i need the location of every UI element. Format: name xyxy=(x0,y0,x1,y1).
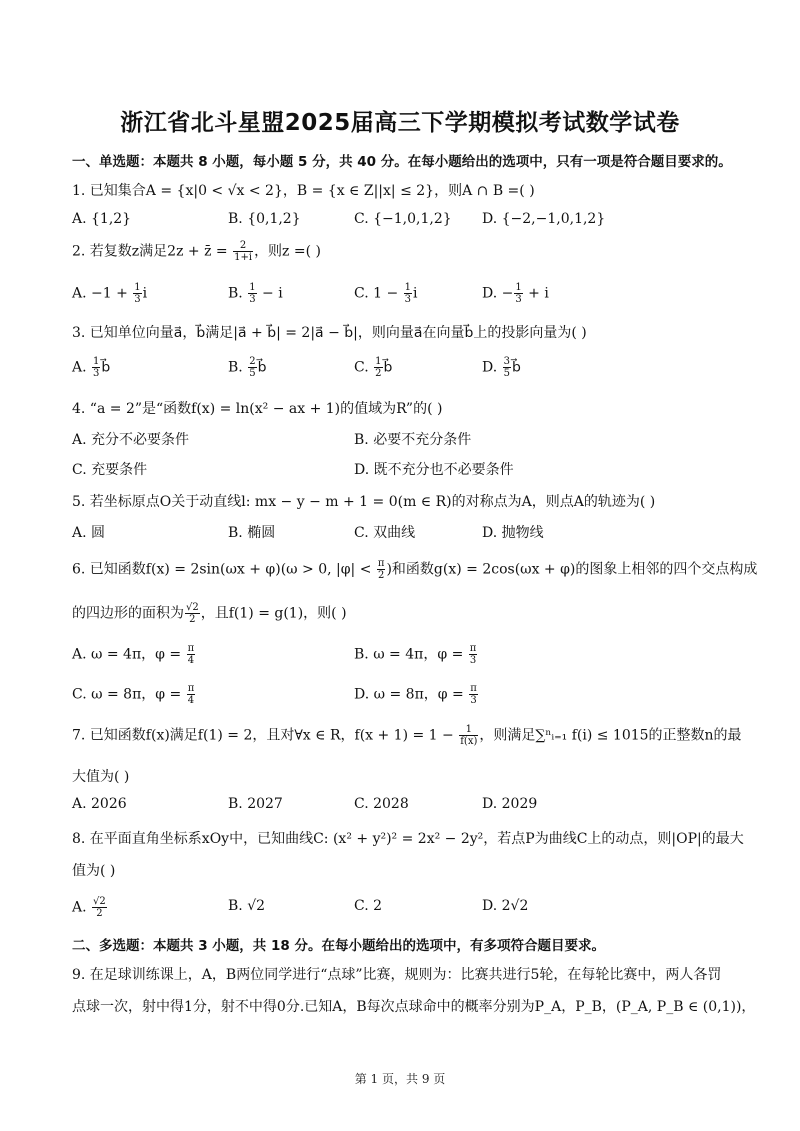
question-1-option-c: C. {−1,0,1,2} xyxy=(354,211,452,227)
fraction-numerator: 1 xyxy=(404,282,412,294)
option-text: B. xyxy=(228,286,247,302)
question-2-stem: 2. 若复数z满足2z + z̄ = 21+i，则z =( ) xyxy=(72,240,321,263)
fraction-denominator: 2 xyxy=(377,570,386,581)
question-8-option-b: B. √2 xyxy=(228,898,265,914)
fraction: 13 xyxy=(404,282,412,305)
stem-text: 7. 已知函数f(x)满足f(1) = 2，且对∀x ∈ R，f(x + 1) … xyxy=(72,728,458,744)
question-5-stem: 5. 若坐标原点O关于动直线l: mx − y − m + 1 = 0(m ∈ … xyxy=(72,491,655,511)
fraction: √22 xyxy=(185,602,200,625)
question-1-option-a: A. {1,2} xyxy=(72,211,131,227)
fraction-numerator: 2 xyxy=(233,240,253,252)
question-4-option-b: B. 必要不充分条件 xyxy=(354,429,471,449)
fraction-denominator: 3 xyxy=(469,695,478,706)
fraction-numerator: π xyxy=(187,683,196,695)
fraction-numerator: π xyxy=(469,643,478,655)
question-6-option-c: C. ω = 8π，φ = π4 xyxy=(72,683,196,706)
option-text-tail: b⃗ xyxy=(512,360,521,376)
question-8-option-d: D. 2√2 xyxy=(482,898,528,914)
question-4-option-c: C. 充要条件 xyxy=(72,459,147,479)
fraction-numerator: π xyxy=(187,643,196,655)
fraction-denominator: f(x) xyxy=(459,736,478,747)
fraction: 35 xyxy=(503,356,511,379)
question-7-stem-line-2: 大值为( ) xyxy=(72,766,129,786)
question-9-stem-line-1: 9. 在足球训练课上，A，B两位同学进行“点球”比赛，规则为：比赛共进行5轮，在… xyxy=(72,964,721,984)
stem-text-tail: )和函数g(x) = 2cos(ωx + φ)的图象上相邻的四个交点构成 xyxy=(386,562,757,578)
fraction-denominator: 2 xyxy=(92,908,107,919)
fraction-numerator: √2 xyxy=(92,896,107,908)
option-text-tail: i xyxy=(143,286,147,302)
question-6-option-a: A. ω = 4π，φ = π4 xyxy=(72,643,196,666)
question-5-option-d: D. 抛物线 xyxy=(482,522,544,542)
question-2-stem-text: 2. 若复数z满足2z + z̄ = xyxy=(72,244,232,260)
option-text-tail: + i xyxy=(524,286,549,302)
fraction-denominator: 5 xyxy=(503,368,511,379)
question-2-option-b: B. 13 − i xyxy=(228,282,283,305)
option-text: D. xyxy=(482,360,502,376)
option-text-tail: b⃗ xyxy=(258,360,267,376)
fraction: 13 xyxy=(248,282,256,305)
question-3-option-c: C. 12b⃗ xyxy=(354,356,392,379)
option-text: A. −1 + xyxy=(72,286,132,302)
option-text: A. xyxy=(72,360,91,376)
question-4-option-d: D. 既不充分也不必要条件 xyxy=(354,459,514,479)
question-3-option-a: A. 13b⃗ xyxy=(72,356,110,379)
question-5-option-c: C. 双曲线 xyxy=(354,522,415,542)
stem-text: 6. 已知函数f(x) = 2sin(ωx + φ)(ω > 0, |φ| < xyxy=(72,562,376,578)
option-text: B. xyxy=(228,360,247,376)
fraction: 13 xyxy=(133,282,141,305)
fraction-denominator: 1+i xyxy=(233,252,253,263)
question-8-option-c: C. 2 xyxy=(354,898,382,914)
fraction-numerator: 1 xyxy=(514,282,522,294)
fraction: 1f(x) xyxy=(459,724,478,747)
fraction-denominator: 3 xyxy=(133,294,141,305)
fraction: π3 xyxy=(469,643,478,666)
fraction-denominator: 3 xyxy=(469,655,478,666)
option-text: B. ω = 4π，φ = xyxy=(354,647,468,663)
option-text: C. ω = 8π，φ = xyxy=(72,687,186,703)
exam-page: 浙江省北斗星盟2025届高三下学期模拟考试数学试卷 一、单选题：本题共 8 小题… xyxy=(0,0,800,1131)
fraction-denominator: 2 xyxy=(185,614,200,625)
option-text: A. xyxy=(72,900,91,916)
question-2-option-c: C. 1 − 13i xyxy=(354,282,418,305)
question-6-option-d: D. ω = 8π，φ = π3 xyxy=(354,683,479,706)
section-heading-multiple-choice: 二、多选题：本题共 3 小题，共 18 分。在每小题给出的选项中，有多项符合题目… xyxy=(72,934,605,954)
fraction-numerator: 1 xyxy=(133,282,141,294)
fraction-numerator: √2 xyxy=(185,602,200,614)
question-7-option-d: D. 2029 xyxy=(482,796,537,812)
question-9-stem-line-2: 点球一次，射中得1分，射不中得0分.已知A，B每次点球命中的概率分别为P_A，P… xyxy=(72,996,755,1016)
fraction-numerator: 1 xyxy=(459,724,478,736)
stem-text-tail: ，且f(1) = g(1)，则( ) xyxy=(201,606,347,622)
option-text: C. 1 − xyxy=(354,286,403,302)
question-2-option-d: D. −13 + i xyxy=(482,282,549,305)
fraction: 13 xyxy=(514,282,522,305)
fraction-numerator: 2 xyxy=(248,356,256,368)
question-3-stem: 3. 已知单位向量a⃗，b⃗满足|a⃗ + b⃗| = 2|a⃗ − b⃗|，则… xyxy=(72,322,587,342)
question-7-option-b: B. 2027 xyxy=(228,796,283,812)
question-3-option-d: D. 35b⃗ xyxy=(482,356,521,379)
question-5-option-a: A. 圆 xyxy=(72,522,105,542)
question-6-stem-line-2: 的四边形的面积为√22，且f(1) = g(1)，则( ) xyxy=(72,602,347,625)
question-8-stem-line-1: 8. 在平面直角坐标系xOy中，已知曲线C: (x² + y²)² = 2x² … xyxy=(72,828,744,848)
stem-text-tail: ，则满足∑ⁿᵢ₌₁ f(i) ≤ 1015的正整数n的最 xyxy=(479,728,741,744)
question-8-option-a: A. √22 xyxy=(72,896,108,919)
fraction-denominator: 4 xyxy=(187,655,196,666)
fraction-denominator: 3 xyxy=(514,294,522,305)
question-8-stem-line-2: 值为( ) xyxy=(72,860,115,880)
stem-text: 的四边形的面积为 xyxy=(72,606,184,622)
fraction-denominator: 2 xyxy=(374,368,382,379)
question-7-option-c: C. 2028 xyxy=(354,796,409,812)
fraction-numerator: 3 xyxy=(503,356,511,368)
question-5-option-b: B. 椭圆 xyxy=(228,522,275,542)
option-text-tail: i xyxy=(413,286,417,302)
fraction: π2 xyxy=(377,558,386,581)
question-7-stem-line-1: 7. 已知函数f(x)满足f(1) = 2，且对∀x ∈ R，f(x + 1) … xyxy=(72,724,742,747)
question-7-option-a: A. 2026 xyxy=(72,796,127,812)
page-footer: 第 1 页，共 9 页 xyxy=(0,1070,800,1087)
option-text: D. − xyxy=(482,286,513,302)
fraction-denominator: 3 xyxy=(404,294,412,305)
question-6-stem-line-1: 6. 已知函数f(x) = 2sin(ωx + φ)(ω > 0, |φ| < … xyxy=(72,558,757,581)
fraction-numerator: π xyxy=(469,683,478,695)
question-2-stem-tail: ，则z =( ) xyxy=(254,244,321,260)
fraction: π4 xyxy=(187,643,196,666)
section-heading-single-choice: 一、单选题：本题共 8 小题，每小题 5 分，共 40 分。在每小题给出的选项中… xyxy=(72,150,732,170)
fraction-denominator: 3 xyxy=(248,294,256,305)
fraction: 12 xyxy=(374,356,382,379)
option-text: A. ω = 4π，φ = xyxy=(72,647,186,663)
question-6-option-b: B. ω = 4π，φ = π3 xyxy=(354,643,478,666)
fraction: 13 xyxy=(92,356,100,379)
option-text-tail: b⃗ xyxy=(384,360,393,376)
question-2-option-a: A. −1 + 13i xyxy=(72,282,147,305)
fraction: π4 xyxy=(187,683,196,706)
fraction: √22 xyxy=(92,896,107,919)
question-1-option-d: D. {−2,−1,0,1,2} xyxy=(482,211,605,227)
fraction-denominator: 5 xyxy=(248,368,256,379)
fraction-denominator: 3 xyxy=(92,368,100,379)
question-4-stem: 4. “a = 2”是“函数f(x) = ln(x² − ax + 1)的值域为… xyxy=(72,398,442,418)
fraction-denominator: 4 xyxy=(187,695,196,706)
option-text: C. xyxy=(354,360,373,376)
question-1-stem: 1. 已知集合A = {x|0 < √x < 2}，B = {x ∈ Z||x|… xyxy=(72,180,535,200)
option-text-tail: − i xyxy=(258,286,283,302)
option-text-tail: b⃗ xyxy=(101,360,110,376)
question-3-option-b: B. 25b⃗ xyxy=(228,356,266,379)
question-1-option-b: B. {0,1,2} xyxy=(228,211,301,227)
fraction: 25 xyxy=(248,356,256,379)
fraction-numerator: 1 xyxy=(374,356,382,368)
question-4-option-a: A. 充分不必要条件 xyxy=(72,429,189,449)
fraction-numerator: 1 xyxy=(248,282,256,294)
fraction-numerator: 1 xyxy=(92,356,100,368)
fraction: 21+i xyxy=(233,240,253,263)
fraction: π3 xyxy=(469,683,478,706)
fraction-numerator: π xyxy=(377,558,386,570)
option-text: D. ω = 8π，φ = xyxy=(354,687,468,703)
exam-title: 浙江省北斗星盟2025届高三下学期模拟考试数学试卷 xyxy=(0,104,800,137)
